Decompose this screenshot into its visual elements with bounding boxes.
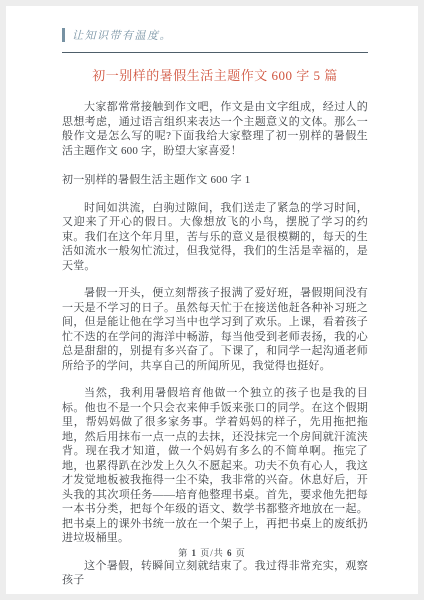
footer-total-pages: 6 [227,548,233,558]
page-header: 让知识带有温度。 [62,27,368,53]
body-paragraph-truncated: 这个暑假，转瞬间立刻就结束了。我过得非常充实，观察孩子 [62,559,368,588]
body-paragraph: 时间如洪流，白驹过隙间，我们送走了紧急的学习时间，又迎来了开心的假日。大像想放飞… [62,201,368,274]
body-paragraph: 暑假一开头，便立刻帮孩子报满了爱好班，暑假期间没有一天是不学习的日子。虽然每天忙… [62,286,368,373]
document-page: 让知识带有温度。 初一别样的暑假生活主题作文 600 字 5 篇 大家都常常接触… [0,0,424,600]
section-heading-essay-1: 初一别样的暑假生活主题作文 600 字 1 [62,173,368,188]
page-number-footer: 第 1 页/共 6 页 [0,546,424,559]
page-content: 让知识带有温度。 初一别样的暑假生活主题作文 600 字 5 篇 大家都常常接触… [62,0,368,588]
body-paragraph: 当然，我利用暑假培育他做一个独立的孩子也是我的目标。他也不是一个只会衣来伸手饭来… [62,386,368,546]
header-divider [62,52,368,53]
document-title: 初一别样的暑假生活主题作文 600 字 5 篇 [62,67,368,85]
document-body: 大家都常常接触到作文吧，作文是由文字组成，经过人的思想考虑，通过语言组织来表达一… [62,100,368,588]
header-slogan-row: 让知识带有温度。 [62,27,368,43]
footer-prefix: 第 [178,548,188,558]
footer-suffix: 页 [236,548,246,558]
intro-paragraph: 大家都常常接触到作文吧，作文是由文字组成，经过人的思想考虑，通过语言组织来表达一… [62,100,368,158]
footer-current-page: 1 [191,548,197,558]
slogan-accent-bar [62,28,65,42]
slogan-text: 让知识带有温度。 [72,27,172,43]
footer-separator: 页/共 [200,548,224,558]
